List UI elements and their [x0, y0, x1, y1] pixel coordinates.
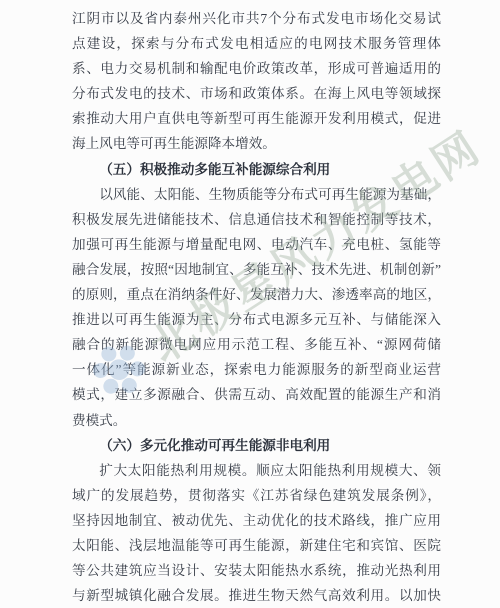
text-line: 费模式。: [72, 408, 441, 433]
text-line: 索推动大用户直供电等新型可再生能源开发利用模式，促进: [72, 106, 441, 131]
text-line: 以风能、太阳能、生物质能等分布式可再生能源为基础，: [72, 182, 441, 207]
text-line: 系、电力交易机制和输配电价政策改革，形成可普遍适用的: [72, 56, 441, 81]
document-body: 江阴市以及省内泰州兴化市共7个分布式发电市场化交易试点建设，探索与分布式发电相适…: [72, 6, 441, 608]
section-heading: （五）积极推动多能互补能源综合利用: [72, 157, 441, 182]
text-line: 海上风电等可再生能源降本增效。: [72, 131, 441, 156]
text-line: 坚持因地制宜、被动优先、主动优化的技术路线，推广应用: [72, 508, 441, 533]
text-line: 太阳能、浅层地温能等可再生能源，新建住宅和宾馆、医院: [72, 533, 441, 558]
section-heading: （六）多元化推动可再生能源非电利用: [72, 433, 441, 458]
text-line: 与新型城镇化融合发展。推进生物天然气高效利用。以加快: [72, 583, 441, 608]
text-line: 等公共建筑应当设计、安装太阳能热水系统，推动光热利用: [72, 558, 441, 583]
text-line: 加强可再生能源与增量配电网、电动汽车、充电桩、氢能等: [72, 232, 441, 257]
text-line: 点建设，探索与分布式发电相适应的电网技术服务管理体: [72, 31, 441, 56]
document-page: 江阴市以及省内泰州兴化市共7个分布式发电市场化交易试点建设，探索与分布式发电相适…: [0, 0, 500, 608]
text-line: 扩大太阳能热利用规模。顺应太阳能热利用规模大、领: [72, 458, 441, 483]
text-line: 积极发展先进储能技术、信息通信技术和智能控制等技术，: [72, 207, 441, 232]
text-line: 一体化”等能源新业态，探索电力能源服务的新型商业运营: [72, 357, 441, 382]
text-line: 的原则，重点在消纳条件好、发展潜力大、渗透率高的地区，: [72, 282, 441, 307]
text-line: 域广的发展趋势，贯彻落实《江苏省绿色建筑发展条例》，: [72, 483, 441, 508]
text-line: 分布式发电的技术、市场和政策体系。在海上风电等领域探: [72, 81, 441, 106]
text-line: 融合的新能源微电网应用示范工程、多能互补、“源网荷储: [72, 332, 441, 357]
text-line: 推进以可再生能源为主、分布式电源多元互补、与储能深入: [72, 307, 441, 332]
text-line: 融合发展，按照“因地制宜、多能互补、技术先进、机制创新”: [72, 257, 441, 282]
text-line: 江阴市以及省内泰州兴化市共7个分布式发电市场化交易试: [72, 6, 441, 31]
text-line: 模式，建立多源融合、供需互动、高效配置的能源生产和消: [72, 382, 441, 407]
